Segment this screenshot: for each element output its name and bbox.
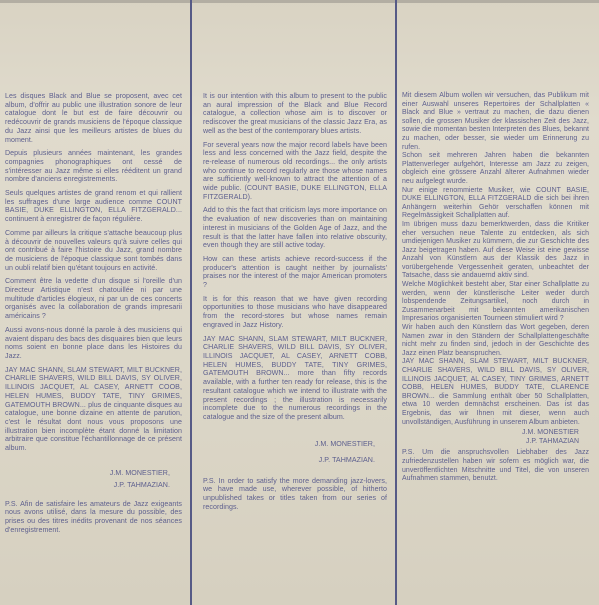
paragraph: For several years now the major record l… [203,141,387,202]
signature-block: J.M. MONESTIER, J.P. TAHMAZIAN. [5,467,182,492]
paragraph: JAY MAC SHANN, SLAM STEWART, MILT BUCKNE… [402,358,589,427]
signature: J.M. MONESTIER, [5,467,182,480]
paragraph: It is for this reason that we have given… [203,295,387,330]
paragraph: Comment être la vedette d'un disque si l… [5,277,182,321]
paragraph: JAY MAC SHANN, SLAM STEWART, MILT BUCKNE… [203,335,387,422]
paragraph: Mit diesem Album wollen wir versuchen, d… [402,92,589,152]
paragraph: Wir haben auch den Künstlern das Wort ge… [402,324,589,358]
signature-block: J.M. MONESTIER J.P. TAHMAZIAN [402,429,589,446]
paragraph: Seuls quelques artistes de grand renom e… [5,189,182,224]
signature: J.M. MONESTIER [402,429,589,438]
paragraph: Schon seit mehreren Jahren haben die bek… [402,152,589,186]
column-french: Les disques Black and Blue se proposent,… [5,92,182,540]
signature: J.P. TAHMAZIAN. [5,479,182,492]
postscript: P.S. Afin de satisfaire les amateurs de … [5,500,182,535]
paragraph: JAY MAC SHANN, SLAM STEWART, MILT BUCKNE… [5,366,182,453]
paragraph: How can these artists achieve record-suc… [203,255,387,290]
paragraph: Welche Möglichkeit besteht aber, Star ei… [402,281,589,324]
signature: J.P. TAHMAZIAN. [203,452,387,469]
paragraph: Im übrigen muss dazu bemerktwerden, dass… [402,221,589,281]
column-english: It is our intention with this album to p… [203,92,387,516]
signature-block: J.M. MONESTIER, J.P. TAHMAZIAN. [203,436,387,469]
paragraph: It is our intention with this album to p… [203,92,387,136]
paragraph: Les disques Black and Blue se proposent,… [5,92,182,144]
page-top-edge [0,0,599,3]
postscript: P.S. Um die anspruchsvollen Liebhaber de… [402,449,589,483]
paragraph: Depuis plusieurs années maintenant, les … [5,149,182,184]
column-divider [190,0,192,605]
signature: J.M. MONESTIER, [203,436,387,453]
paragraph: Comme par ailleurs la critique s'attache… [5,229,182,273]
signature: J.P. TAHMAZIAN [402,438,589,447]
postscript: P.S. In order to satisfy the more demand… [203,477,387,512]
paragraph: Add to this the fact that criticism lays… [203,206,387,250]
column-divider [395,0,397,605]
paragraph: Aussi avons-nous donné la parole à des m… [5,326,182,361]
column-german: Mit diesem Album wollen wir versuchen, d… [402,92,589,484]
paragraph: Nur einige renommierte Musiker, wie COUN… [402,187,589,221]
